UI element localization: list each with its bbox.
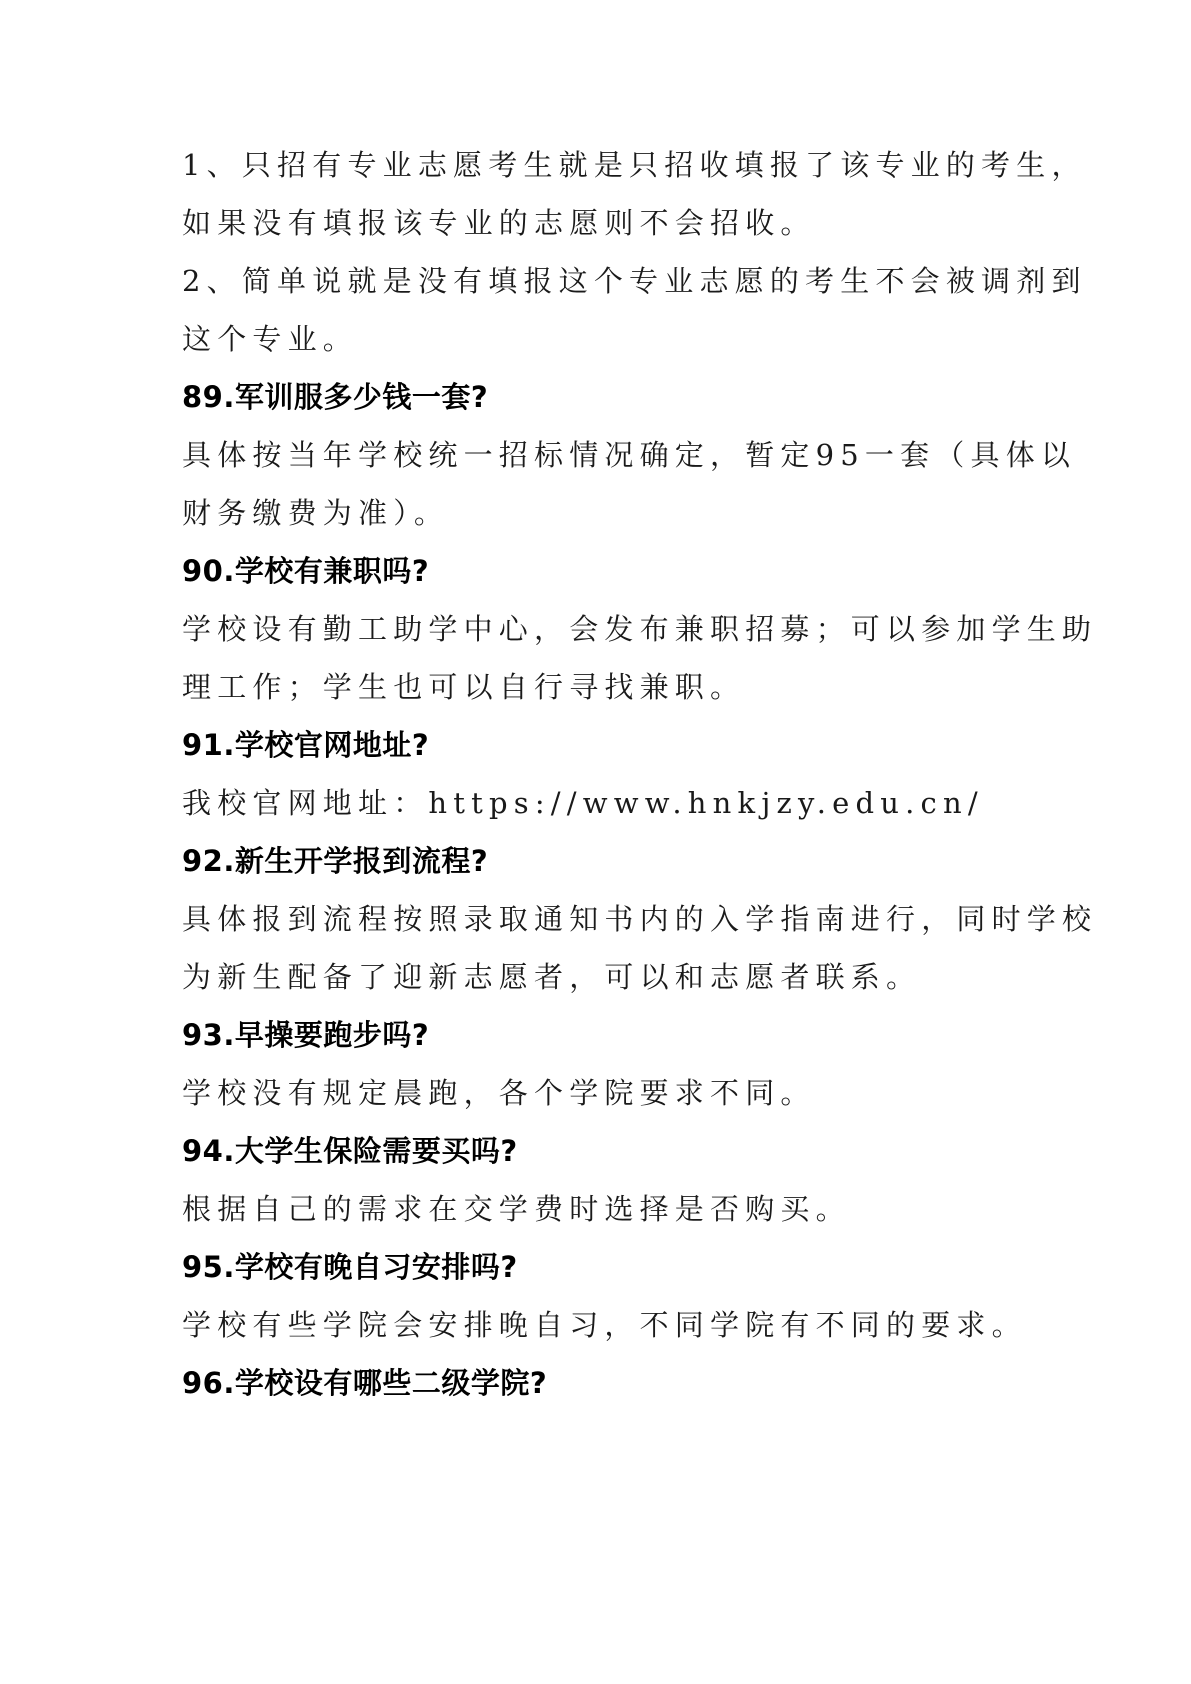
answer-93-line-1: 学校没有规定晨跑，各个学院要求不同。 — [182, 1073, 816, 1113]
answer-89-line-1: 具体按当年学校统一招标情况确定，暂定95一套（具体以 — [182, 435, 1076, 475]
question-95-heading: 95.学校有晚自习安排吗? — [182, 1247, 518, 1287]
question-96-heading: 96.学校设有哪些二级学院? — [182, 1363, 547, 1403]
answer-91-website: 我校官网地址：https://www.hnkjzy.edu.cn/ — [182, 783, 984, 823]
answer-88-point-1-line-1: 1、只招有专业志愿考生就是只招收填报了该专业的考生， — [182, 145, 1087, 185]
answer-90-line-2: 理工作；学生也可以自行寻找兼职。 — [182, 667, 745, 707]
question-93-heading: 93.早操要跑步吗? — [182, 1015, 429, 1055]
answer-88-point-2-line-1: 2、简单说就是没有填报这个专业志愿的考生不会被调剂到 — [182, 261, 1087, 301]
answer-88-point-1-line-2: 如果没有填报该专业的志愿则不会招收。 — [182, 203, 816, 243]
answer-92-line-2: 为新生配备了迎新志愿者，可以和志愿者联系。 — [182, 957, 921, 997]
answer-95-line-1: 学校有些学院会安排晚自习，不同学院有不同的要求。 — [182, 1305, 1027, 1345]
answer-89-line-2: 财务缴费为准）。 — [182, 493, 449, 533]
answer-88-point-2-line-2: 这个专业。 — [182, 319, 358, 359]
question-92-heading: 92.新生开学报到流程? — [182, 841, 488, 881]
question-89-heading: 89.军训服多少钱一套? — [182, 377, 488, 417]
question-91-heading: 91.学校官网地址? — [182, 725, 429, 765]
answer-94-line-1: 根据自己的需求在交学费时选择是否购买。 — [182, 1189, 851, 1229]
answer-90-line-1: 学校设有勤工助学中心，会发布兼职招募；可以参加学生助 — [182, 609, 1097, 649]
answer-92-line-1: 具体报到流程按照录取通知书内的入学指南进行，同时学校 — [182, 899, 1097, 939]
document-page: 1、只招有专业志愿考生就是只招收填报了该专业的考生， 如果没有填报该专业的志愿则… — [0, 0, 1191, 1684]
question-94-heading: 94.大学生保险需要买吗? — [182, 1131, 518, 1171]
question-90-heading: 90.学校有兼职吗? — [182, 551, 429, 591]
